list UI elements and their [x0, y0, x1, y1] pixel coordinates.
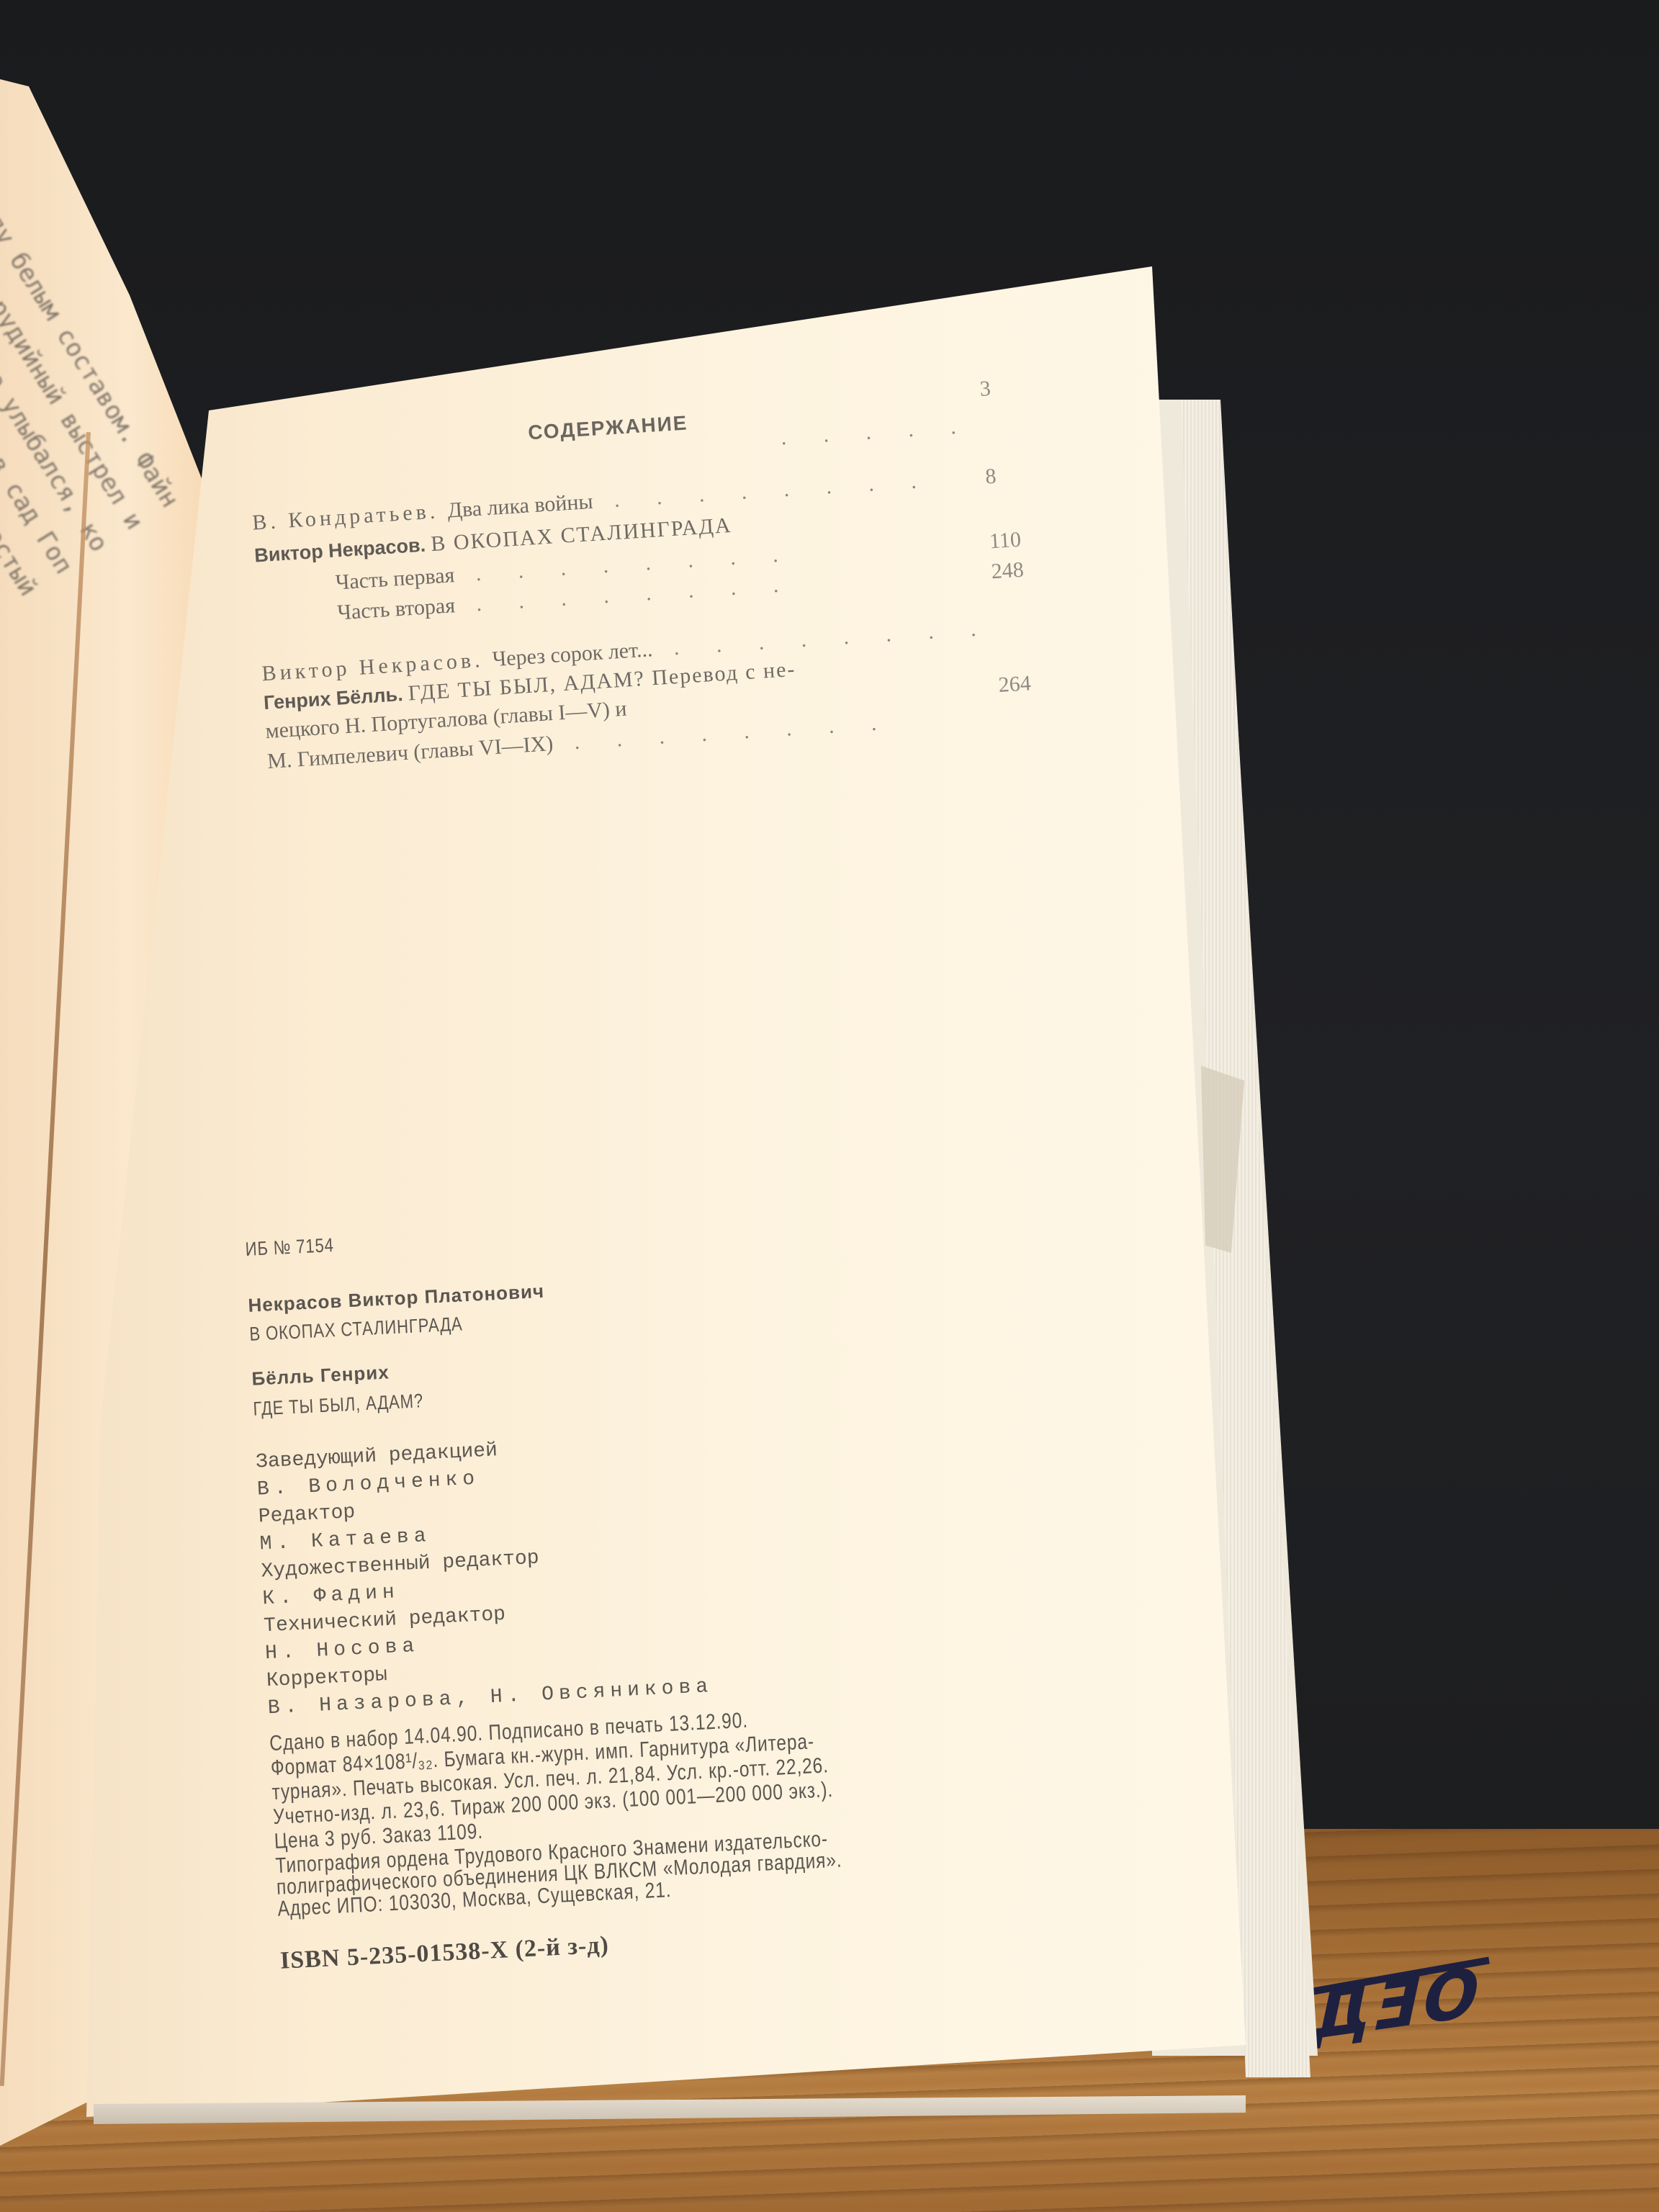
staff-role: Редактор	[258, 1501, 356, 1529]
ib-number: ИБ № 7154	[245, 1234, 335, 1261]
toc-page-number: 3	[979, 377, 992, 402]
toc-page-number: 8	[984, 464, 997, 490]
toc-page-number: 110	[989, 528, 1022, 554]
toc-page-number: 248	[991, 558, 1025, 585]
toc-page-number: 264	[998, 671, 1032, 698]
